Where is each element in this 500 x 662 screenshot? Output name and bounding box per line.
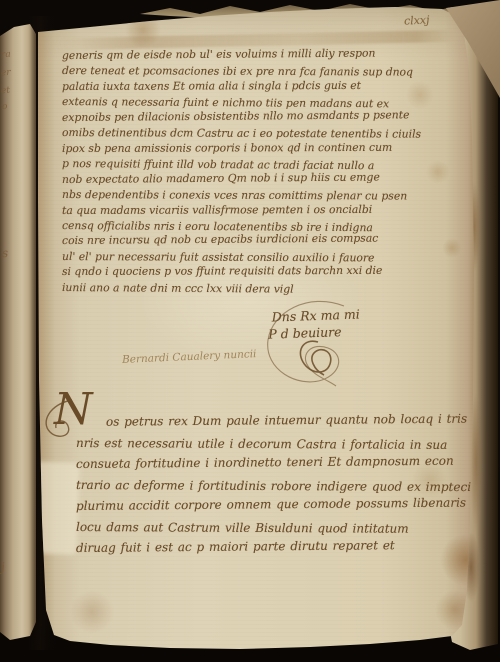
text-line: ipox sb pena amissionis corporis i bonox… xyxy=(62,139,458,156)
paragraph-primary: generis qm de eisde nob ul' eis voluims … xyxy=(62,48,458,295)
manuscript-page: clxxj generis qm de eisde nob ul' eis vo… xyxy=(0,0,500,662)
text-line: expnoibs pen dilacionis obsistentibs nll… xyxy=(62,107,458,126)
text-line: os petrus rex Dum paule intuemur quantu … xyxy=(76,409,448,433)
prev-page-ink-mark: s xyxy=(2,246,9,260)
text-line: nob expectato alio madamero Qm nob i i s… xyxy=(62,169,458,188)
folio-number: clxxj xyxy=(404,13,430,27)
text-line: cois nre incursu qd nob cu epacibs iurdi… xyxy=(62,230,458,249)
text-line: diruag fuit i est ac p maiori parte diru… xyxy=(76,535,448,559)
manuscript-photo: ra er et o s j clxxj generis qm de eisde… xyxy=(0,0,500,662)
prev-page-ink-mark: j xyxy=(1,560,6,574)
prev-page-ink-mark: er xyxy=(1,68,11,79)
prev-page-ink-mark: et xyxy=(1,86,11,97)
text-line: plurimu accidit corpore omnem que comode… xyxy=(76,493,448,517)
prev-page-ink-mark: ra xyxy=(1,50,11,61)
text-line: generis qm de eisde nob ul' eis voluims … xyxy=(62,45,458,64)
prev-page-ink-mark: o xyxy=(2,102,8,112)
signature-line-2: P d beuiure xyxy=(268,323,360,341)
text-line: palatia iuxta taxens Et omia alia i sing… xyxy=(62,78,458,95)
signature-line-1: Dns Rx ma mi xyxy=(271,306,360,324)
text-line: ta qua madams vicariis vallisfrmose pemt… xyxy=(62,201,458,218)
text-line: consueta fortitudine i inordinetto tener… xyxy=(76,451,448,475)
chancery-signature: Dns Rx ma mi P d beuiure xyxy=(271,306,360,341)
archival-annotation: Bernardi Caualery nuncii xyxy=(122,348,257,366)
text-line: si qndo i quociens p vos ffuint requisit… xyxy=(62,263,458,280)
paragraph-secondary: os petrus rex Dum paule intuemur quantu … xyxy=(76,412,448,559)
